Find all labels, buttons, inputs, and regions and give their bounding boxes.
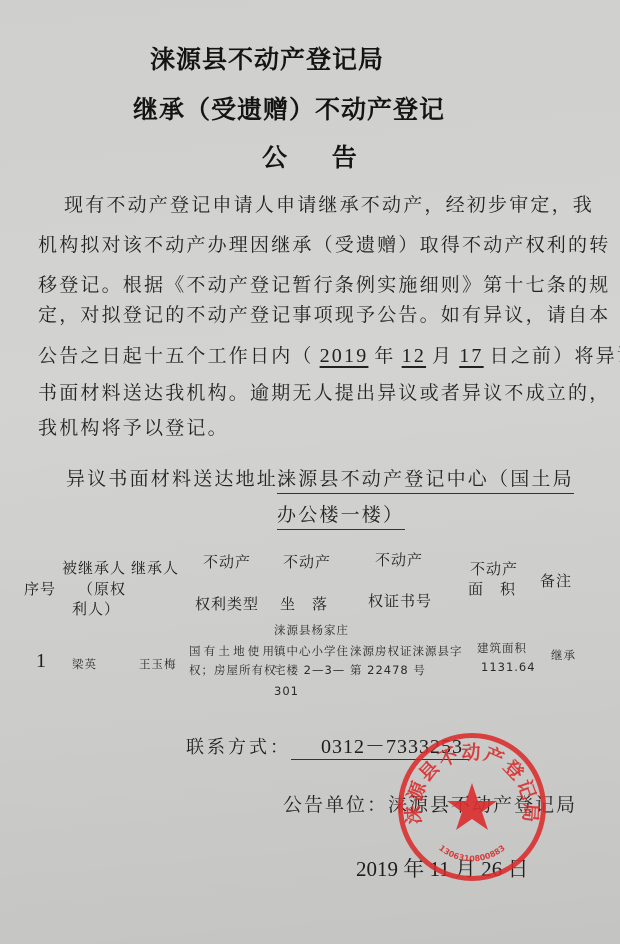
header-cert-1: 不动产 [375, 549, 423, 570]
cell-seq: 1 [36, 650, 46, 673]
cell-right-type-1: 国有土地使用 [189, 643, 277, 659]
cell-decedent: 梁英 [72, 656, 97, 672]
seal-serial: 1306310800883 [437, 843, 507, 863]
month-unit: 月 [432, 345, 453, 367]
deadline-year: 2019 [314, 345, 375, 367]
cell-heir: 王玉梅 [139, 656, 177, 672]
deadline-suffix: 日之前）将异议 [490, 345, 620, 367]
body-line-2: 机构拟对该不动产办理因继承（受遗赠）取得不动产权利的转 [38, 230, 610, 257]
cell-area-2: 1131.64 [481, 660, 536, 674]
cell-area-1: 建筑面积 [477, 640, 527, 656]
header-note: 备注 [540, 570, 572, 591]
header-heir: 继承人 [131, 557, 179, 578]
address-label: 异议书面材料送达地址： [66, 464, 299, 491]
body-line-3: 移登记。根据《不动产登记暂行条例实施细则》第十七条的规 [38, 270, 610, 297]
deadline-month: 12 [396, 345, 432, 367]
header-decedent-1: 被继承人 [62, 557, 126, 578]
header-location-1: 不动产 [283, 551, 331, 572]
header-right-type-2: 权利类型 [195, 593, 259, 614]
header-right-type-1: 不动产 [203, 551, 251, 572]
deadline-day: 17 [453, 345, 489, 367]
header-cert-2: 权证书号 [368, 590, 432, 611]
body-line-4: 定，对拟登记的不动产登记事项现予公告。如有异议，请自本 [38, 300, 610, 327]
header-location-2: 坐 落 [280, 593, 328, 614]
body-line-5-deadline: 公告之日起十五个工作日内（2019年12月17日之前）将异议 [38, 341, 620, 368]
year-unit: 年 [374, 345, 395, 367]
agency-title: 涞源县不动产登记局 [150, 40, 384, 76]
cell-cert-1: 涞源房权证涞源县字 [350, 643, 463, 659]
body-line-1: 现有不动产登记申请人申请继承不动产，经初步审定，我 [64, 190, 594, 217]
doc-type-heading: 公 告 [262, 138, 375, 174]
body-line-6: 书面材料送达我机构。逾期无人提出异议或者异议不成立的， [38, 378, 610, 405]
cell-right-type-2: 权；房屋所有权 [189, 662, 277, 678]
cell-location-3: 宅楼 2—3— [274, 662, 345, 678]
cell-location-4: 301 [274, 684, 299, 698]
cell-note: 继承 [551, 647, 576, 663]
body-line-7: 我机构将予以登记。 [38, 413, 229, 440]
notice-subject: 继承（受遗赠）不动产登记 [133, 90, 445, 126]
deadline-prefix: 公告之日起十五个工作日内（ [38, 345, 314, 367]
address-value-line-2: 办公楼一楼） [277, 500, 405, 530]
issuer-label: 公告单位： [283, 794, 388, 816]
cell-location-1: 涞源县杨家庄 [274, 622, 349, 638]
cell-location-2: 镇中心小学住 [274, 643, 349, 659]
seal-graphic: 涞源县不动产登记局 1306310800883 [398, 733, 546, 881]
header-decedent-3: 利人） [72, 598, 120, 619]
svg-text:1306310800883: 1306310800883 [437, 843, 507, 863]
header-decedent-2: （原权 [78, 578, 126, 599]
cell-cert-2: 第 22478 号 [350, 662, 426, 678]
header-area-1: 不动产 [470, 558, 518, 579]
contact-label: 联系方式： [186, 737, 291, 758]
header-seq: 序号 [24, 578, 56, 599]
address-value-line-1: 涞源县不动产登记中心（国土局 [277, 464, 574, 494]
official-seal: 涞源县不动产登记局 1306310800883 [398, 733, 546, 881]
star-icon [447, 783, 497, 830]
header-area-2: 面 积 [468, 578, 516, 599]
